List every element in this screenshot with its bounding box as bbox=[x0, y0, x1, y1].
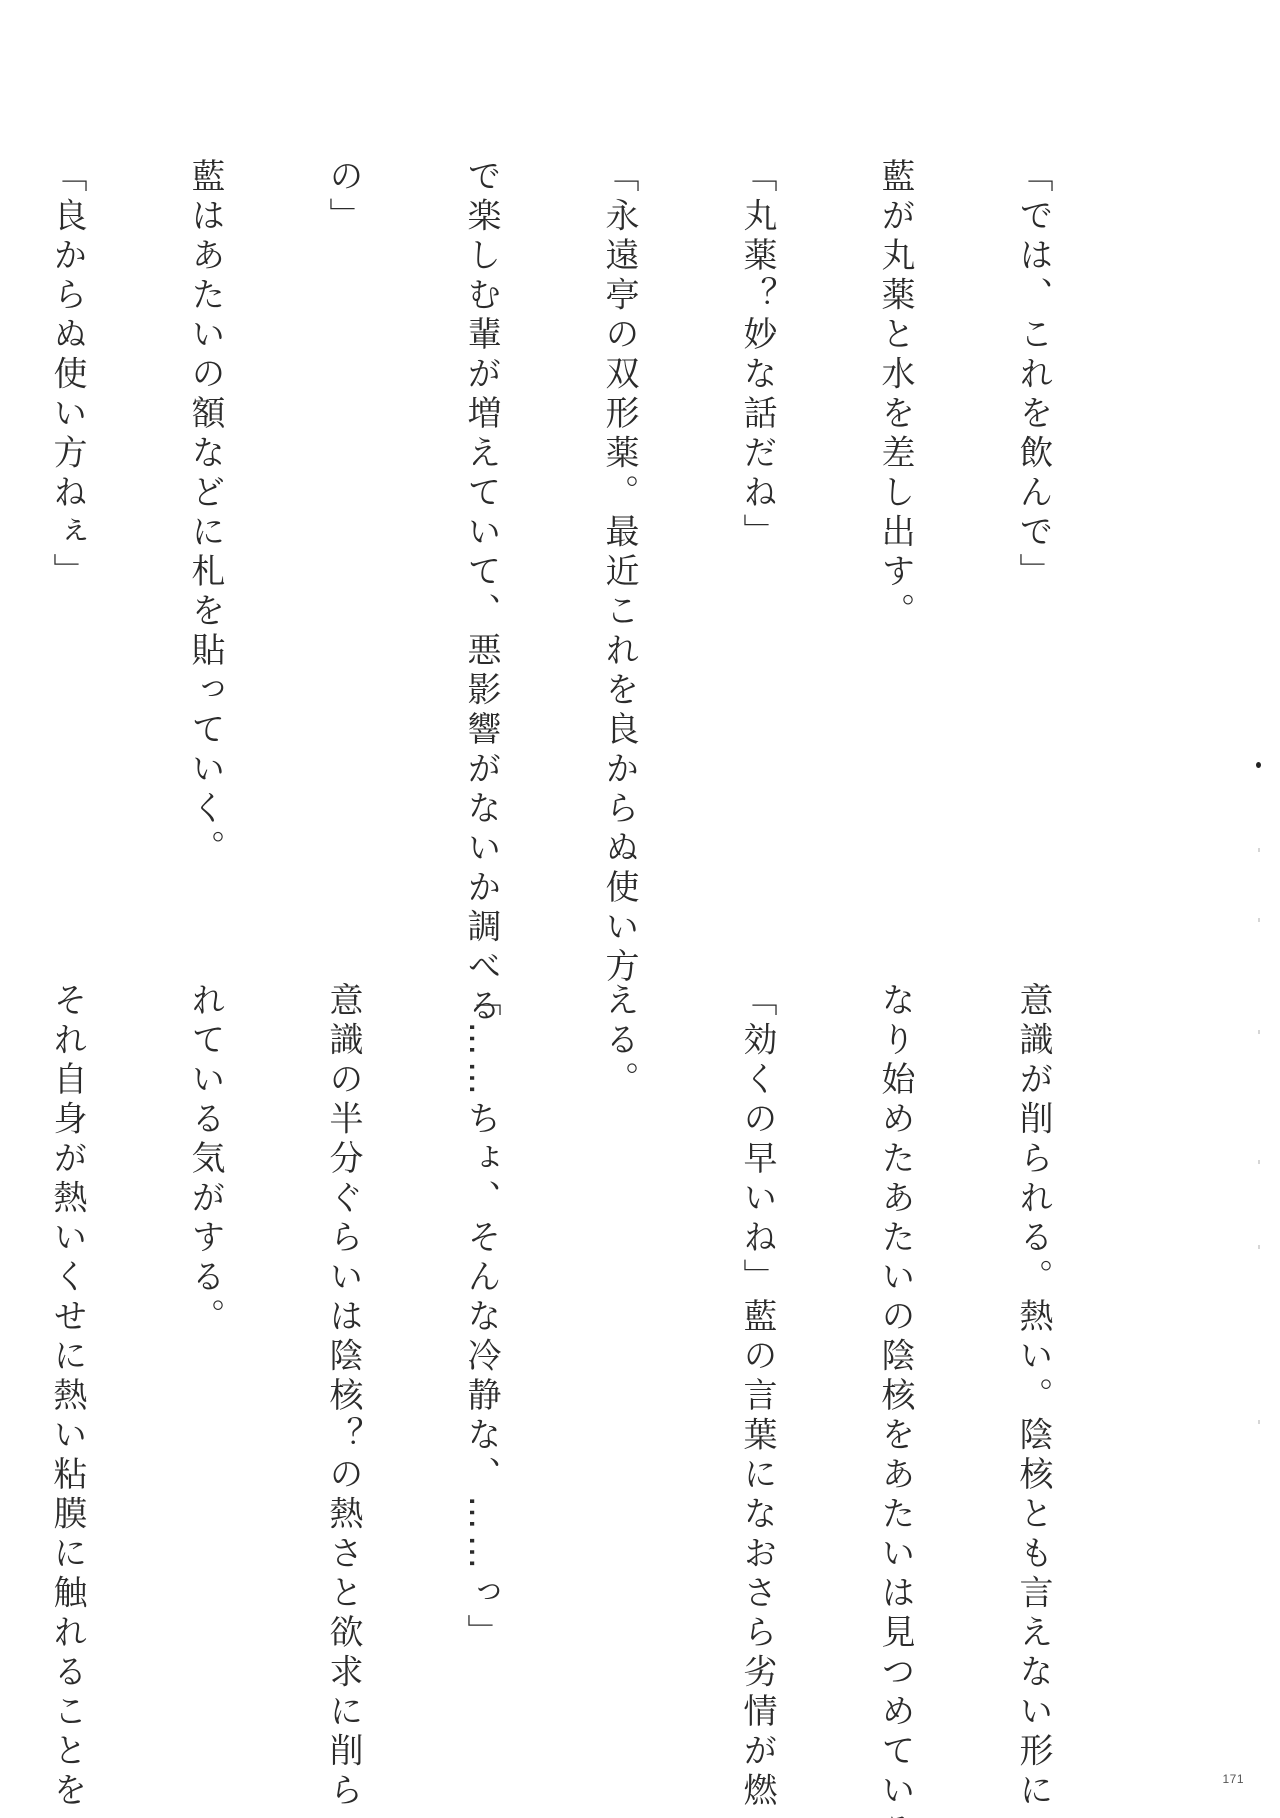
text-block-top: 「では、これを飲んで」 藍が丸薬と水を差し出す。 「丸薬？妙な話だね」 「永遠亭… bbox=[0, 158, 1148, 928]
text-column: の」 bbox=[320, 158, 366, 928]
scan-speck bbox=[1258, 1160, 1260, 1164]
text-column: なり始めたあたいの陰核をあたいは見つめている。 bbox=[872, 982, 918, 1752]
text-column: 「丸薬？妙な話だね」 bbox=[734, 158, 780, 928]
text-column: 「効くの早いね」藍の言葉になおさら劣情が燃 bbox=[734, 982, 780, 1752]
scan-speck bbox=[1258, 1420, 1260, 1424]
scan-speck bbox=[1258, 918, 1260, 922]
page-number: 171 bbox=[1222, 1772, 1244, 1786]
book-page: 「では、これを飲んで」 藍が丸薬と水を差し出す。 「丸薬？妙な話だね」 「永遠亭… bbox=[0, 0, 1280, 1818]
text-column: それ自身が熱いくせに熱い粘膜に触れることを bbox=[44, 982, 90, 1752]
text-column: える。 bbox=[596, 982, 642, 1752]
text-column: 「良からぬ使い方ねぇ」 bbox=[44, 158, 90, 928]
text-column: 意識が削られる。熱い。陰核とも言えない形に bbox=[1010, 982, 1056, 1752]
text-column: 藍が丸薬と水を差し出す。 bbox=[872, 158, 918, 928]
text-column: で楽しむ輩が増えていて、悪影響がないか調べる bbox=[458, 158, 504, 928]
text-column: 「……ちょ、そんな冷静な、……っ」 bbox=[458, 982, 504, 1752]
scan-speck bbox=[1258, 848, 1260, 852]
scan-speck bbox=[1258, 1030, 1260, 1034]
text-column: 「では、これを飲んで」 bbox=[1010, 158, 1056, 928]
text-column: 「永遠亭の双形薬。最近これを良からぬ使い方 bbox=[596, 158, 642, 928]
margin-dot-mark bbox=[1256, 762, 1261, 768]
text-column: れている気がする。 bbox=[182, 982, 228, 1752]
text-column: 意識の半分ぐらいは陰核？の熱さと欲求に削ら bbox=[320, 982, 366, 1752]
text-block-bottom: 意識が削られる。熱い。陰核とも言えない形に なり始めたあたいの陰核をあたいは見つ… bbox=[0, 982, 1148, 1752]
scan-speck bbox=[1258, 1245, 1260, 1249]
text-column: 藍はあたいの額などに札を貼っていく。 bbox=[182, 158, 228, 928]
